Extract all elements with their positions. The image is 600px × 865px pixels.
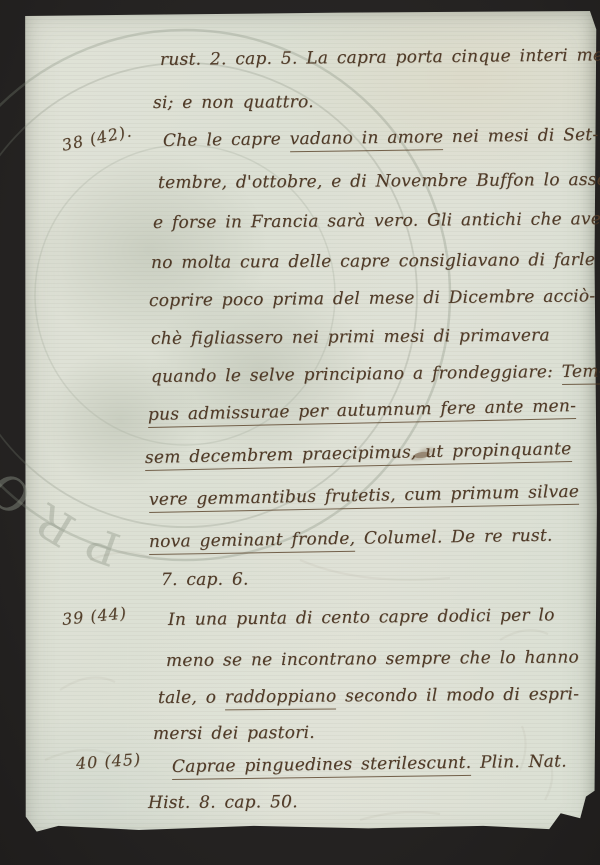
manuscript-line: no molta cura delle capre consigliavano … <box>151 250 595 279</box>
item-number: 40 (45) <box>75 749 141 773</box>
manuscript-line: sem decembrem praecipimus, ut propinquan… <box>145 439 572 474</box>
underlined-text: nova geminant fronde, <box>149 529 356 555</box>
manuscript-line: e forse in Francia sarà vero. Gli antich… <box>153 209 600 239</box>
manuscript-text: rust. 2. cap. 5. La capra porta cinque i… <box>0 0 600 865</box>
underlined-text: vere gemmantibus frutetis, cum primum si… <box>149 482 580 513</box>
underlined-text: pus admissurae per autumnum fere ante me… <box>148 396 577 428</box>
manuscript-line: quando le selve principiano a frondeggia… <box>151 361 600 393</box>
underlined-text: Tem- <box>562 361 600 385</box>
manuscript-line: si; e non quattro. <box>153 92 314 119</box>
manuscript-line: 7. cap. 6. <box>161 570 249 596</box>
text-segment: Columel. De re rust. <box>355 526 553 549</box>
manuscript-line: rust. 2. cap. 5. La capra porta cinque i… <box>160 45 600 76</box>
manuscript-line: vere gemmantibus frutetis, cum primum si… <box>149 482 580 516</box>
text-segment: si; e non quattro. <box>153 92 314 113</box>
manuscript-line: coprire poco prima del mese di Dicembre … <box>149 286 596 317</box>
manuscript-line: mersi dei pastori. <box>153 723 315 750</box>
text-segment: tale, o <box>158 687 225 708</box>
text-segment: Che le capre <box>163 129 290 151</box>
underlined-text: vadano in amore <box>290 127 444 152</box>
underlined-text: raddoppiano <box>225 686 337 710</box>
text-segment: nei mesi di Set- <box>443 125 599 147</box>
text-segment: Hist. 8. cap. 50. <box>148 792 298 813</box>
manuscript-line: chè figliassero nei primi mesi di primav… <box>151 326 550 355</box>
scanned-manuscript-screenshot: { "page": { "background_color": "#262423… <box>0 0 600 865</box>
manuscript-line: In una punta di cento capre dodici per l… <box>168 605 555 636</box>
underlined-text: sem decembrem praecipimus, ut propinquan… <box>145 439 572 471</box>
manuscript-line: tembre, d'ottobre, e di Novembre Buffon … <box>158 170 600 199</box>
manuscript-line: Caprae pinguedines sterilescunt. Plin. N… <box>172 751 567 783</box>
manuscript-line: pus admissurae per autumnum fere ante me… <box>148 396 577 431</box>
text-segment: quando le selve principiano a frondeggia… <box>151 362 562 387</box>
text-segment: Plin. Nat. <box>471 751 567 772</box>
item-number: 38 (42). <box>60 121 134 154</box>
manuscript-line: tale, o raddoppiano secondo il modo di e… <box>158 684 579 714</box>
text-segment: chè figliassero nei primi mesi di primav… <box>151 326 550 349</box>
text-segment: no molta cura delle capre consigliavano … <box>151 250 595 273</box>
text-segment: coprire poco prima del mese di Dicembre … <box>149 286 596 311</box>
text-segment: meno se ne incontrano sempre che lo hann… <box>166 647 579 671</box>
item-number: 39 (44) <box>61 603 128 629</box>
text-segment: tembre, d'ottobre, e di Novembre Buffon … <box>158 170 600 193</box>
text-segment: In una punta di cento capre dodici per l… <box>168 605 555 630</box>
manuscript-line: nova geminant fronde, Columel. De re rus… <box>149 526 553 558</box>
manuscript-line: Hist. 8. cap. 50. <box>148 792 298 819</box>
text-segment: secondo il modo di espri- <box>336 684 579 706</box>
underlined-text: Caprae pinguedines sterilescunt. <box>172 753 472 780</box>
text-segment: e forse in Francia sarà vero. Gli antich… <box>153 209 600 233</box>
text-segment: rust. 2. cap. 5. La capra porta cinque i… <box>160 45 600 70</box>
text-segment: mersi dei pastori. <box>153 723 315 744</box>
manuscript-line: Che le capre vadano in amore nei mesi di… <box>163 125 599 157</box>
manuscript-line: meno se ne incontrano sempre che lo hann… <box>166 647 579 677</box>
text-segment: 7. cap. 6. <box>161 570 249 590</box>
